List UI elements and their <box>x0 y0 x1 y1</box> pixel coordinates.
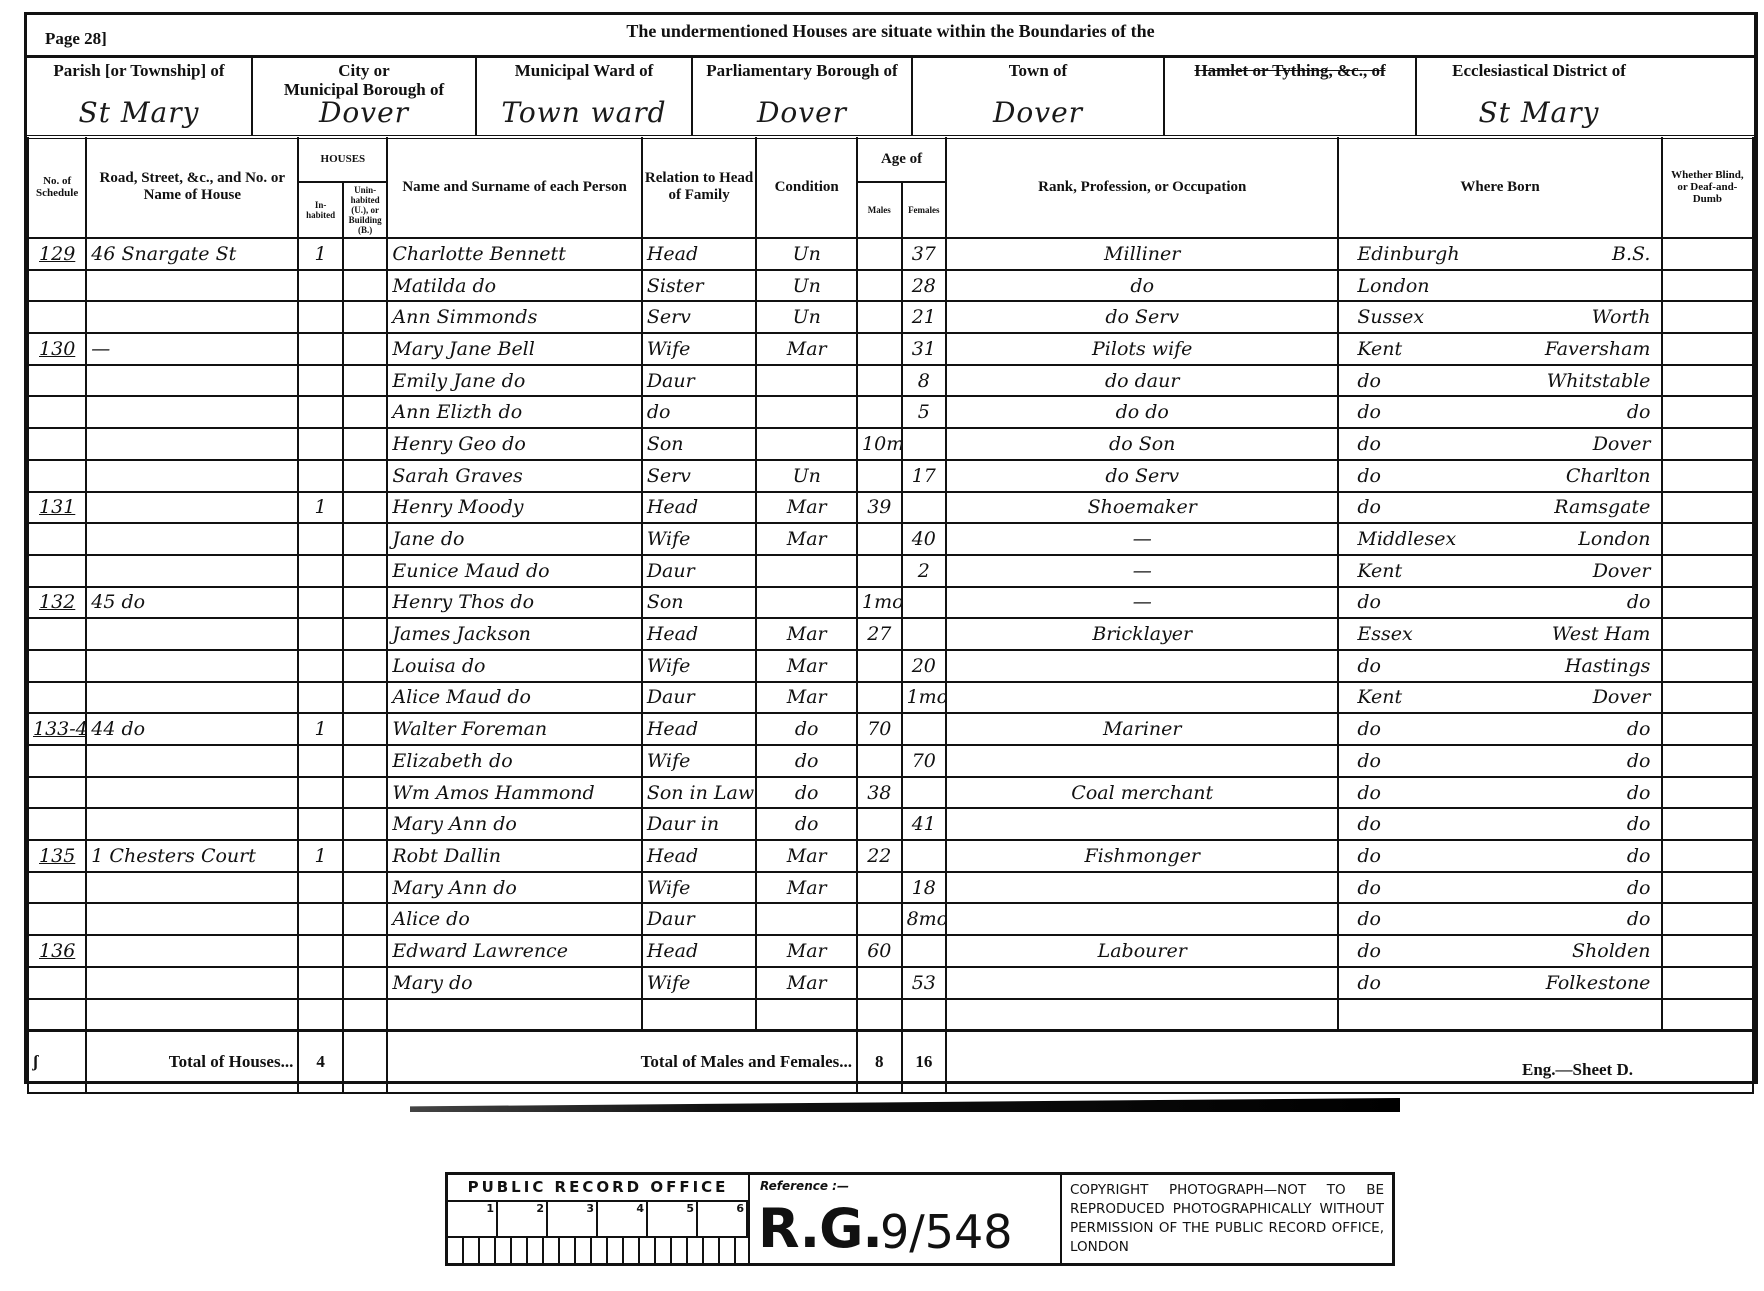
born-county: do <box>1343 940 1493 962</box>
table-row: 133-444 do1Walter ForemanHeaddo70Mariner… <box>28 713 1753 745</box>
born-place: do <box>1494 845 1651 867</box>
born-county: do <box>1343 718 1493 740</box>
district-value: Dover <box>913 96 1163 129</box>
female-age-cell: 18 <box>902 872 947 904</box>
relation-cell: Serv <box>642 460 757 492</box>
road-cell <box>86 903 298 935</box>
occupation-cell <box>946 999 1338 1031</box>
male-age-cell <box>857 555 902 587</box>
schedule-cell <box>28 523 86 555</box>
uninhabited-cell <box>343 428 388 460</box>
born-place: Dover <box>1494 560 1651 582</box>
name-cell: Jane do <box>387 523 641 555</box>
road-cell <box>86 365 298 397</box>
name-cell: Edward Lawrence <box>387 935 641 967</box>
col-males: Males <box>857 182 902 238</box>
table-row: Wm Amos HammondSon in Lawdo38Coal mercha… <box>28 777 1753 809</box>
female-age-cell <box>902 999 947 1031</box>
occupation-cell: do Serv <box>946 460 1338 492</box>
schedule-cell: 135 <box>28 840 86 872</box>
relation-cell: Wife <box>642 650 757 682</box>
condition-cell <box>756 396 857 428</box>
table-row: 12946 Snargate St1Charlotte BennettHeadU… <box>28 238 1753 270</box>
born-place: do <box>1494 782 1651 804</box>
born-county: Sussex <box>1343 306 1493 328</box>
blind-cell <box>1662 587 1753 619</box>
condition-cell: Mar <box>756 872 857 904</box>
name-cell: Alice do <box>387 903 641 935</box>
born-place: Dover <box>1494 686 1651 708</box>
condition-cell: Mar <box>756 333 857 365</box>
female-age-cell <box>902 713 947 745</box>
occupation-cell: Coal merchant <box>946 777 1338 809</box>
road-cell: 1 Chesters Court <box>86 840 298 872</box>
road-cell: 45 do <box>86 587 298 619</box>
schedule-cell <box>28 460 86 492</box>
col-inhabited: In-habited <box>298 182 343 238</box>
inhabited-cell <box>298 460 343 492</box>
relation-cell: Head <box>642 840 757 872</box>
condition-cell: Mar <box>756 492 857 524</box>
census-table: No. of Schedule Road, Street, &c., and N… <box>27 137 1754 1094</box>
name-cell: Mary Jane Bell <box>387 333 641 365</box>
boundaries-intro: The undermentioned Houses are situate wi… <box>27 21 1754 42</box>
occupation-cell <box>946 808 1338 840</box>
ruler-tick: 6 <box>698 1202 748 1236</box>
inhabited-cell <box>298 650 343 682</box>
condition-cell <box>756 555 857 587</box>
condition-cell <box>756 587 857 619</box>
col-road: Road, Street, &c., and No. or Name of Ho… <box>86 137 298 238</box>
road-cell <box>86 301 298 333</box>
female-age-cell <box>902 840 947 872</box>
condition-cell: Mar <box>756 682 857 714</box>
uninhabited-cell <box>343 808 388 840</box>
uninhabited-cell <box>343 840 388 872</box>
born-place: Sholden <box>1494 940 1651 962</box>
total-houses-label: Total of Houses... <box>86 1031 298 1094</box>
male-age-cell <box>857 682 902 714</box>
pro-title: PUBLIC RECORD OFFICE <box>448 1175 748 1202</box>
uninhabited-cell <box>343 365 388 397</box>
relation-cell: Daur <box>642 365 757 397</box>
district-label: Hamlet or Tything, &c., of <box>1165 61 1415 80</box>
table-row: Eunice Maud doDaur2—KentDover <box>28 555 1753 587</box>
condition-cell: do <box>756 713 857 745</box>
condition-cell <box>756 903 857 935</box>
female-age-cell: 2 <box>902 555 947 587</box>
born-cell: EdinburghB.S. <box>1338 238 1661 270</box>
reference-number: 9/548 <box>880 1205 1013 1259</box>
inhabited-cell <box>298 428 343 460</box>
uninhabited-cell <box>343 713 388 745</box>
born-county: do <box>1343 845 1493 867</box>
schedule-cell <box>28 967 86 999</box>
male-age-cell: 10mo <box>857 428 902 460</box>
district-boundaries: Parish [or Township] ofSt MaryCity or Mu… <box>27 55 1754 139</box>
born-county: do <box>1343 655 1493 677</box>
uninhabited-cell <box>343 967 388 999</box>
occupation-cell: Mariner <box>946 713 1338 745</box>
inhabited-cell <box>298 777 343 809</box>
born-place: Whitstable <box>1494 370 1651 392</box>
schedule-cell <box>28 650 86 682</box>
female-age-cell: 8mo <box>902 903 947 935</box>
born-cell: KentDover <box>1338 682 1661 714</box>
road-cell <box>86 777 298 809</box>
female-age-cell <box>902 587 947 619</box>
table-row <box>28 999 1753 1031</box>
name-cell: Ann Simmonds <box>387 301 641 333</box>
name-cell: Ann Elizth do <box>387 396 641 428</box>
district-2: Municipal Ward ofTown ward <box>477 55 693 135</box>
inhabited-cell <box>298 333 343 365</box>
relation-cell: Daur <box>642 682 757 714</box>
name-cell: Robt Dallin <box>387 840 641 872</box>
table-row: 1351 Chesters Court1Robt DallinHeadMar22… <box>28 840 1753 872</box>
road-cell <box>86 872 298 904</box>
schedule-cell <box>28 555 86 587</box>
blind-cell <box>1662 967 1753 999</box>
schedule-cell <box>28 301 86 333</box>
name-cell: Elizabeth do <box>387 745 641 777</box>
male-age-cell: 27 <box>857 618 902 650</box>
male-age-cell <box>857 301 902 333</box>
district-value: St Mary <box>1417 96 1661 129</box>
district-3: Parliamentary Borough ofDover <box>693 55 913 135</box>
relation-cell: Daur in <box>642 808 757 840</box>
male-age-cell <box>857 396 902 428</box>
schedule-cell: 129 <box>28 238 86 270</box>
inhabited-cell <box>298 618 343 650</box>
table-row: Elizabeth doWifedo70dodo <box>28 745 1753 777</box>
born-cell: dodo <box>1338 872 1661 904</box>
female-age-cell: 20 <box>902 650 947 682</box>
table-row: Ann SimmondsServUn21do ServSussexWorth <box>28 301 1753 333</box>
condition-cell: Un <box>756 301 857 333</box>
blind-cell <box>1662 396 1753 428</box>
road-cell <box>86 999 298 1031</box>
uninhabited-cell <box>343 523 388 555</box>
blind-cell <box>1662 903 1753 935</box>
inhabited-cell <box>298 365 343 397</box>
uninhabited-cell <box>343 935 388 967</box>
born-cell: dodo <box>1338 903 1661 935</box>
relation-cell <box>642 999 757 1031</box>
title-row: Page 28] The undermentioned Houses are s… <box>27 15 1754 58</box>
male-age-cell: 38 <box>857 777 902 809</box>
blind-cell <box>1662 238 1753 270</box>
female-age-cell: 21 <box>902 301 947 333</box>
uninhabited-cell <box>343 618 388 650</box>
occupation-cell <box>946 745 1338 777</box>
name-cell: Alice Maud do <box>387 682 641 714</box>
district-1: City or Municipal Borough ofDover <box>253 55 477 135</box>
relation-cell: Sister <box>642 270 757 302</box>
occupation-cell <box>946 682 1338 714</box>
uninhabited-cell <box>343 903 388 935</box>
blind-cell <box>1662 270 1753 302</box>
table-row: Louisa doWifeMar20doHastings <box>28 650 1753 682</box>
male-age-cell: 39 <box>857 492 902 524</box>
occupation-cell <box>946 903 1338 935</box>
district-value: Dover <box>693 96 911 129</box>
name-cell: Louisa do <box>387 650 641 682</box>
copyright-notice: COPYRIGHT PHOTOGRAPH—NOT TO BE REPRODUCE… <box>1062 1175 1392 1263</box>
table-row: 136Edward LawrenceHeadMar60LabourerdoSho… <box>28 935 1753 967</box>
inhabited-cell <box>298 555 343 587</box>
name-cell: Mary Ann do <box>387 808 641 840</box>
born-county: Middlesex <box>1343 528 1493 550</box>
blind-cell <box>1662 999 1753 1031</box>
condition-cell <box>756 999 857 1031</box>
ruler-tick: 1 <box>448 1202 498 1236</box>
relation-cell: Son <box>642 428 757 460</box>
ruler-ticks <box>448 1238 748 1266</box>
born-place: Dover <box>1494 433 1651 455</box>
table-row: 130—Mary Jane BellWifeMar31Pilots wifeKe… <box>28 333 1753 365</box>
col-condition: Condition <box>756 137 857 238</box>
condition-cell <box>756 365 857 397</box>
uninhabited-cell <box>343 745 388 777</box>
born-county: Essex <box>1343 623 1493 645</box>
relation-cell: Head <box>642 935 757 967</box>
born-place: do <box>1494 591 1651 613</box>
born-place: Charlton <box>1494 465 1651 487</box>
born-place: Hastings <box>1494 655 1651 677</box>
uninhabited-cell <box>343 650 388 682</box>
schedule-cell <box>28 872 86 904</box>
occupation-cell: — <box>946 587 1338 619</box>
occupation-cell <box>946 872 1338 904</box>
blind-cell <box>1662 808 1753 840</box>
table-row: Mary Ann doWifeMar18dodo <box>28 872 1753 904</box>
total-uninhabited-cell <box>343 1031 388 1094</box>
occupation-cell <box>946 967 1338 999</box>
road-cell <box>86 523 298 555</box>
inhabited-cell <box>298 682 343 714</box>
female-age-cell: 70 <box>902 745 947 777</box>
relation-cell: Wife <box>642 333 757 365</box>
schedule-cell <box>28 999 86 1031</box>
inhabited-cell <box>298 396 343 428</box>
road-cell <box>86 428 298 460</box>
blind-cell <box>1662 650 1753 682</box>
road-cell <box>86 650 298 682</box>
condition-cell: do <box>756 777 857 809</box>
born-cell: EssexWest Ham <box>1338 618 1661 650</box>
district-6: Ecclesiastical District ofSt Mary <box>1417 55 1661 135</box>
uninhabited-cell <box>343 460 388 492</box>
born-cell: KentFaversham <box>1338 333 1661 365</box>
born-cell: dodo <box>1338 745 1661 777</box>
male-age-cell <box>857 967 902 999</box>
born-place: Worth <box>1494 306 1651 328</box>
condition-cell: Mar <box>756 840 857 872</box>
female-age-cell <box>902 492 947 524</box>
born-place: Folkestone <box>1494 972 1651 994</box>
blind-cell <box>1662 555 1753 587</box>
road-cell <box>86 682 298 714</box>
table-row: Sarah GravesServUn17do ServdoCharlton <box>28 460 1753 492</box>
district-label: Municipal Ward of <box>477 61 691 80</box>
total-houses-value: 4 <box>298 1031 343 1094</box>
born-county: do <box>1343 972 1493 994</box>
born-place: do <box>1494 750 1651 772</box>
born-county: do <box>1343 370 1493 392</box>
condition-cell: Un <box>756 270 857 302</box>
female-age-cell <box>902 428 947 460</box>
uninhabited-cell <box>343 333 388 365</box>
female-age-cell <box>902 777 947 809</box>
col-schedule: No. of Schedule <box>28 137 86 238</box>
schedule-cell: 133-4 <box>28 713 86 745</box>
total-persons-label: Total of Males and Females... <box>387 1031 857 1094</box>
name-cell: Mary Ann do <box>387 872 641 904</box>
district-value: St Mary <box>27 96 251 129</box>
inhabited-cell: 1 <box>298 713 343 745</box>
blind-cell <box>1662 777 1753 809</box>
name-cell: Matilda do <box>387 270 641 302</box>
occupation-cell: do Son <box>946 428 1338 460</box>
occupation-cell: Milliner <box>946 238 1338 270</box>
condition-cell: Un <box>756 460 857 492</box>
table-row: James JacksonHeadMar27BricklayerEssexWes… <box>28 618 1753 650</box>
relation-cell: Head <box>642 492 757 524</box>
schedule-cell <box>28 745 86 777</box>
ruler-tick: 4 <box>598 1202 648 1236</box>
table-row: Mary doWifeMar53doFolkestone <box>28 967 1753 999</box>
table-row: 13245 doHenry Thos doSon1mo—dodo <box>28 587 1753 619</box>
ruler-tick: 5 <box>648 1202 698 1236</box>
table-row: Jane doWifeMar40—MiddlesexLondon <box>28 523 1753 555</box>
female-age-cell: 31 <box>902 333 947 365</box>
male-age-cell <box>857 650 902 682</box>
occupation-cell: — <box>946 523 1338 555</box>
inhabited-cell: 1 <box>298 840 343 872</box>
female-age-cell: 41 <box>902 808 947 840</box>
born-place: do <box>1494 718 1651 740</box>
uninhabited-cell <box>343 999 388 1031</box>
inhabited-cell: 1 <box>298 238 343 270</box>
schedule-cell <box>28 428 86 460</box>
ruler-tick: 2 <box>498 1202 548 1236</box>
blind-cell <box>1662 460 1753 492</box>
total-males-value: 8 <box>857 1031 902 1094</box>
born-cell: dodo <box>1338 396 1661 428</box>
uninhabited-cell <box>343 682 388 714</box>
blind-cell <box>1662 872 1753 904</box>
road-cell <box>86 618 298 650</box>
male-age-cell <box>857 903 902 935</box>
name-cell: Eunice Maud do <box>387 555 641 587</box>
female-age-cell: 37 <box>902 238 947 270</box>
blind-cell <box>1662 935 1753 967</box>
road-cell: — <box>86 333 298 365</box>
occupation-cell: Pilots wife <box>946 333 1338 365</box>
occupation-cell: do daur <box>946 365 1338 397</box>
table-row: Alice doDaur8mododo <box>28 903 1753 935</box>
relation-cell: Head <box>642 618 757 650</box>
born-county: London <box>1343 275 1493 297</box>
male-age-cell <box>857 523 902 555</box>
condition-cell: Mar <box>756 650 857 682</box>
born-cell: dodo <box>1338 777 1661 809</box>
inhabited-cell <box>298 270 343 302</box>
relation-cell: Wife <box>642 872 757 904</box>
relation-cell: Son <box>642 587 757 619</box>
born-county: do <box>1343 401 1493 423</box>
blind-cell <box>1662 301 1753 333</box>
born-cell: doSholden <box>1338 935 1661 967</box>
table-row: Emily Jane doDaur8do daurdoWhitstable <box>28 365 1753 397</box>
born-cell: dodo <box>1338 713 1661 745</box>
total-females-value: 16 <box>902 1031 947 1094</box>
road-cell <box>86 967 298 999</box>
col-born: Where Born <box>1338 137 1661 238</box>
born-county: do <box>1343 813 1493 835</box>
reference-label: Reference :— <box>760 1179 849 1193</box>
relation-cell: Head <box>642 238 757 270</box>
name-cell: Walter Foreman <box>387 713 641 745</box>
schedule-cell <box>28 777 86 809</box>
occupation-cell: Fishmonger <box>946 840 1338 872</box>
occupation-cell <box>946 650 1338 682</box>
born-county: do <box>1343 591 1493 613</box>
schedule-cell <box>28 270 86 302</box>
born-county: do <box>1343 908 1493 930</box>
born-cell: MiddlesexLondon <box>1338 523 1661 555</box>
col-relation: Relation to Head of Family <box>642 137 757 238</box>
relation-cell: Head <box>642 713 757 745</box>
uninhabited-cell <box>343 270 388 302</box>
born-cell: KentDover <box>1338 555 1661 587</box>
female-age-cell <box>902 935 947 967</box>
born-cell: doCharlton <box>1338 460 1661 492</box>
name-cell: James Jackson <box>387 618 641 650</box>
col-age: Age of <box>857 137 946 182</box>
district-value: Dover <box>253 96 475 129</box>
born-place: B.S. <box>1494 243 1651 265</box>
born-place: do <box>1494 813 1651 835</box>
col-occupation: Rank, Profession, or Occupation <box>946 137 1338 238</box>
born-county: do <box>1343 782 1493 804</box>
male-age-cell <box>857 460 902 492</box>
condition-cell: do <box>756 808 857 840</box>
district-label: City or Municipal Borough of <box>253 61 475 99</box>
table-row: 1311Henry MoodyHeadMar39ShoemakerdoRamsg… <box>28 492 1753 524</box>
totals-row: ʃ Total of Houses... 4 Total of Males an… <box>28 1031 1753 1094</box>
district-0: Parish [or Township] ofSt Mary <box>27 55 253 135</box>
female-age-cell: 5 <box>902 396 947 428</box>
born-county: do <box>1343 750 1493 772</box>
road-cell <box>86 555 298 587</box>
born-cell: doHastings <box>1338 650 1661 682</box>
name-cell: Charlotte Bennett <box>387 238 641 270</box>
uninhabited-cell <box>343 492 388 524</box>
condition-cell: Mar <box>756 935 857 967</box>
born-cell <box>1338 999 1661 1031</box>
district-label: Parish [or Township] of <box>27 61 251 80</box>
inhabited-cell <box>298 999 343 1031</box>
schedule-cell: 136 <box>28 935 86 967</box>
road-cell: 46 Snargate St <box>86 238 298 270</box>
inhabited-cell <box>298 808 343 840</box>
road-cell <box>86 745 298 777</box>
inhabited-cell: 1 <box>298 492 343 524</box>
reference-code: R.G. <box>758 1197 882 1260</box>
condition-cell: Un <box>756 238 857 270</box>
